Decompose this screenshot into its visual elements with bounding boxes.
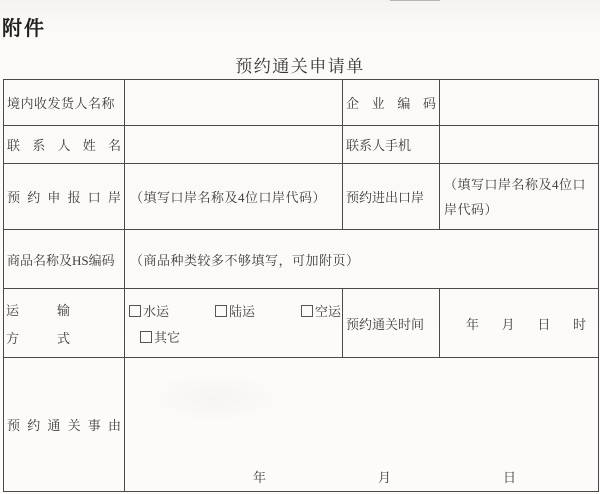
transport-options-cell: 水运 陆运 空运 其它 bbox=[125, 289, 343, 358]
table-row: 预 约 申 报 口 岸 （填写口岸名称及4位口岸代码） 预约进出口岸 （填写口岸… bbox=[4, 164, 599, 230]
consignee-label-cell: 境内收发货人名称 bbox=[4, 80, 125, 126]
checkbox-icon bbox=[215, 305, 227, 317]
reason-label-cell: 预 约 通 关 事 由 bbox=[4, 358, 125, 492]
goods-hint: （商品种类较多不够填写，可加附页） bbox=[125, 250, 598, 269]
checkbox-land-transport[interactable]: 陆运 bbox=[215, 301, 255, 320]
contact-name-label: 联 系 人 姓 名 bbox=[4, 135, 124, 154]
reason-input-cell[interactable]: 年 月 日 bbox=[125, 358, 599, 492]
contact-name-label-cell: 联 系 人 姓 名 bbox=[4, 126, 125, 164]
time-unit-year: 年 bbox=[466, 314, 479, 333]
time-unit-hour: 时 bbox=[573, 314, 586, 333]
reason-label: 预 约 通 关 事 由 bbox=[4, 415, 124, 434]
goods-input-cell[interactable]: （商品种类较多不够填写，可加附页） bbox=[125, 230, 599, 289]
clearance-application-table: 境内收发货人名称 企 业 编 码 联 系 人 姓 名 联系人手机 预 约 申 报… bbox=[3, 79, 599, 492]
sign-date-month: 月 bbox=[378, 467, 391, 486]
transport-label-line2: 方 式 bbox=[6, 328, 70, 347]
sign-date-day: 日 bbox=[503, 467, 516, 486]
scan-smudge bbox=[145, 373, 285, 423]
checkbox-icon bbox=[140, 331, 152, 343]
goods-label-cell: 商品名称及HS编码 bbox=[4, 230, 125, 289]
table-row: 商品名称及HS编码 （商品种类较多不够填写，可加附页） bbox=[4, 230, 599, 289]
checkbox-other-label: 其它 bbox=[154, 330, 180, 345]
checkbox-land-label: 陆运 bbox=[229, 304, 255, 319]
checkbox-icon bbox=[301, 305, 313, 317]
contact-name-input-cell[interactable] bbox=[125, 126, 343, 164]
time-unit-day: 日 bbox=[537, 314, 550, 333]
table-row: 预 约 通 关 事 由 年 月 日 bbox=[4, 358, 599, 492]
checkbox-water-label: 水运 bbox=[143, 304, 169, 319]
checkbox-air-label: 空运 bbox=[315, 304, 341, 319]
time-unit-month: 月 bbox=[502, 314, 515, 333]
table-row: 境内收发货人名称 企 业 编 码 bbox=[4, 80, 599, 126]
enterprise-code-input-cell[interactable] bbox=[440, 80, 599, 126]
table-row: 联 系 人 姓 名 联系人手机 bbox=[4, 126, 599, 164]
declare-port-hint: （填写口岸名称及4位口岸代码） bbox=[125, 187, 342, 206]
clearance-time-label: 预约通关时间 bbox=[343, 314, 439, 333]
checkbox-air-transport[interactable]: 空运 bbox=[301, 301, 341, 320]
table-row: 运 输 方 式 水运 陆运 空运 其它 预约通关时间 bbox=[4, 289, 599, 358]
checkbox-other-transport[interactable]: 其它 bbox=[140, 330, 180, 345]
clearance-time-input-cell[interactable]: 年 月 日 时 bbox=[440, 289, 599, 358]
declare-port-input-cell[interactable]: （填写口岸名称及4位口岸代码） bbox=[125, 164, 343, 230]
sign-date-year: 年 bbox=[253, 467, 266, 486]
checkbox-icon bbox=[129, 305, 141, 317]
document-page: 附件 预约通关申请单 境内收发货人名称 企 业 编 码 联 系 人 姓 名 bbox=[0, 0, 600, 494]
sign-date-line: 年 月 日 bbox=[125, 467, 598, 486]
clearance-time-label-cell: 预约通关时间 bbox=[343, 289, 440, 358]
contact-mobile-label-cell: 联系人手机 bbox=[343, 126, 440, 164]
transport-mode-label-cell: 运 输 方 式 bbox=[4, 289, 125, 358]
goods-label: 商品名称及HS编码 bbox=[4, 250, 124, 269]
entry-exit-port-input-cell[interactable]: （填写口岸名称及4位口岸代码） bbox=[440, 164, 599, 230]
attachment-label: 附件 bbox=[2, 12, 46, 41]
enterprise-code-label: 企 业 编 码 bbox=[343, 93, 439, 112]
checkbox-water-transport[interactable]: 水运 bbox=[129, 301, 169, 320]
consignee-input-cell[interactable] bbox=[125, 80, 343, 126]
scan-edge-artifact bbox=[390, 0, 440, 1]
declare-port-label-cell: 预 约 申 报 口 岸 bbox=[4, 164, 125, 230]
entry-exit-port-label-cell: 预约进出口岸 bbox=[343, 164, 440, 230]
enterprise-code-label-cell: 企 业 编 码 bbox=[343, 80, 440, 126]
contact-mobile-label: 联系人手机 bbox=[343, 135, 439, 154]
entry-exit-port-hint: （填写口岸名称及4位口岸代码） bbox=[440, 172, 598, 222]
form-title: 预约通关申请单 bbox=[0, 52, 600, 77]
consignee-label: 境内收发货人名称 bbox=[4, 93, 124, 112]
entry-exit-port-label: 预约进出口岸 bbox=[343, 187, 439, 206]
contact-mobile-input-cell[interactable] bbox=[440, 126, 599, 164]
transport-label-line1: 运 输 bbox=[6, 300, 70, 319]
declare-port-label: 预 约 申 报 口 岸 bbox=[4, 187, 124, 206]
